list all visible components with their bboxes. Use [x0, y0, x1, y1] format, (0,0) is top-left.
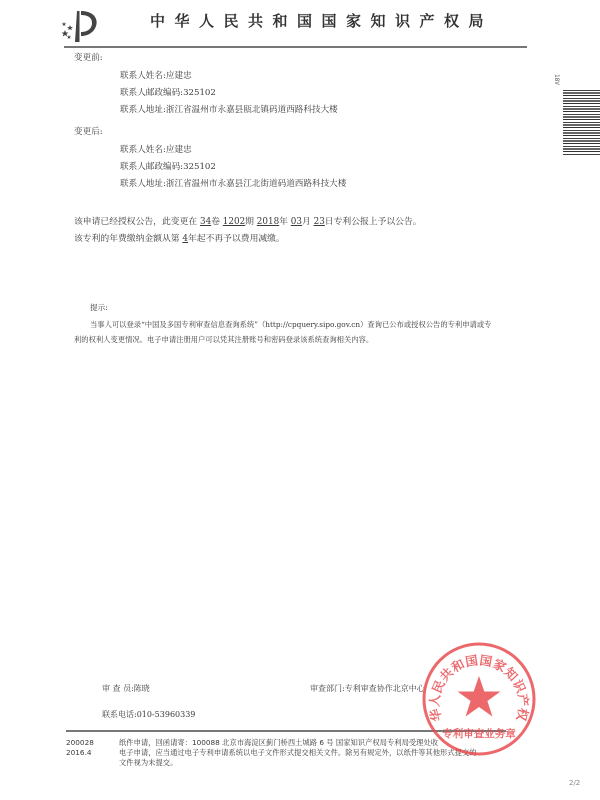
announcement-text: 年起不再予以费用减缴。 — [188, 234, 285, 244]
field-value: 浙江省温州市永嘉县江北街道码道西路科技大楼 — [166, 179, 346, 189]
barcode-icon — [563, 90, 600, 156]
hint-line-2: 利的权利人变更情况。电子申请注册用户可以凭其注册账号和密码登录该系统查询相关内容… — [74, 335, 373, 345]
gazette-month: 03 — [291, 217, 302, 227]
field-label: 联系人邮政编码: — [120, 162, 183, 172]
unit-text: 月 — [302, 217, 311, 227]
field-value: 应建忠 — [166, 71, 192, 81]
official-seal: 中华人民共和国国家知识产权局 专利审查业务章 — [420, 640, 538, 758]
footer-line-1: 纸件申请，回函请寄：100088 北京市海淀区蓟门桥西土城路 6 号 国家知识产… — [119, 738, 438, 748]
seal-outer-text: 中华人民共和国国家知识产权局 — [420, 640, 531, 723]
svg-text:中华人民共和国国家知识产权局: 中华人民共和国国家知识产权局 — [420, 640, 531, 723]
header-divider — [64, 46, 527, 48]
star-icon — [458, 676, 501, 717]
seal-inner-text: 专利审查业务章 — [442, 727, 516, 740]
after-contact-postcode: 联系人邮政编码:325102 — [120, 160, 216, 172]
announcement-text: 该申请已经授权公告，此变更在 — [74, 217, 197, 227]
unit-text: 期 — [245, 217, 254, 227]
form-code: 200028 — [66, 738, 94, 747]
footer-line-3: 文件视为未提交。 — [119, 758, 177, 768]
field-value: 325102 — [183, 162, 216, 172]
announcement-line-1: 该申请已经授权公告，此变更在 34卷 1202期 2018年 03月 23日专利… — [74, 214, 422, 227]
agency-title: 中华人民共和国国家知识产权局 — [150, 10, 493, 31]
gazette-day: 23 — [314, 217, 325, 227]
examiner-label: 审 查 员: — [102, 684, 134, 693]
announcement-line-2: 该专利的年费缴纳金额从第 4年起不再予以费用减缴。 — [74, 231, 285, 244]
gazette-issue: 1202 — [223, 217, 245, 227]
before-contact-name: 联系人姓名:应建忠 — [120, 69, 192, 81]
cnipa-logo-icon — [60, 8, 104, 44]
field-label: 联系人邮政编码: — [120, 88, 183, 98]
announcement-text: 该专利的年费缴纳金额从第 — [74, 234, 180, 244]
field-label: 联系人地址: — [120, 179, 166, 189]
phone-label: 联系电话: — [102, 710, 137, 719]
before-change-heading: 变更前: — [74, 51, 103, 63]
unit-text: 年 — [279, 217, 288, 227]
form-date: 2016.4 — [66, 748, 92, 757]
field-label: 联系人姓名: — [120, 145, 166, 155]
field-label: 联系人姓名: — [120, 71, 166, 81]
department-label: 审查部门: — [310, 684, 345, 693]
before-contact-address: 联系人地址:浙江省温州市永嘉县瓯北镇码道西路科技大楼 — [120, 103, 338, 115]
field-value: 325102 — [183, 88, 216, 98]
hint-line-1: 当事人可以登录“中国及多国专利审查信息查询系统”（http://cpquery.… — [90, 320, 491, 330]
hint-title: 提示: — [90, 302, 108, 313]
examination-department: 审查部门:专利审查协作北京中心 — [310, 683, 425, 694]
contact-phone: 联系电话:010-53960339 — [102, 709, 195, 720]
barcode-label: 18V — [553, 74, 560, 85]
gazette-year: 2018 — [257, 217, 279, 227]
field-value: 浙江省温州市永嘉县瓯北镇码道西路科技大楼 — [166, 105, 338, 115]
department-name: 专利审查协作北京中心 — [345, 684, 425, 693]
examiner-name: 陈晓 — [134, 684, 150, 693]
after-change-heading: 变更后: — [74, 125, 103, 137]
phone-number: 010-53960339 — [137, 710, 196, 719]
gazette-volume: 34 — [200, 217, 211, 227]
field-label: 联系人地址: — [120, 105, 166, 115]
examiner: 审 查 员:陈晓 — [102, 683, 150, 694]
after-contact-address: 联系人地址:浙江省温州市永嘉县江北街道码道西路科技大楼 — [120, 177, 346, 189]
page-number: 2/2 — [569, 779, 580, 787]
unit-text: 卷 — [211, 217, 220, 227]
announcement-text: 日专利公报上予以公告。 — [325, 217, 422, 227]
before-contact-postcode: 联系人邮政编码:325102 — [120, 86, 216, 98]
field-value: 应建忠 — [166, 145, 192, 155]
after-contact-name: 联系人姓名:应建忠 — [120, 143, 192, 155]
